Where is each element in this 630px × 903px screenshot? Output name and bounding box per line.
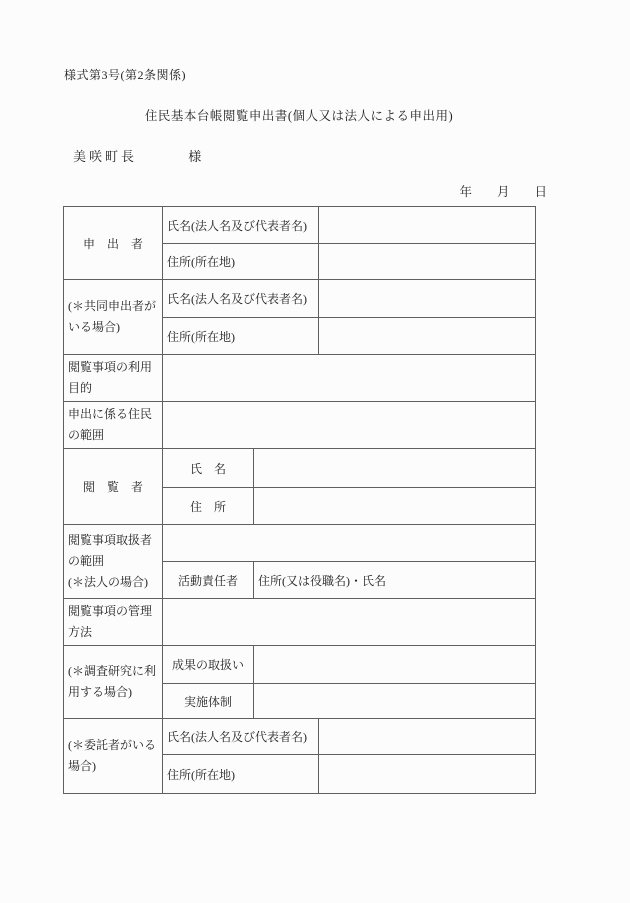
row-management-method: 閲覧事項の管理 方法 bbox=[64, 599, 536, 646]
field-label-activity-manager: 活動責任者 bbox=[163, 562, 254, 599]
input-cell-implementation-structure bbox=[254, 684, 536, 719]
section-label-co-applicant: (＊共同申出者が いる場合) bbox=[64, 280, 163, 355]
input-cell-applicant-name bbox=[319, 207, 536, 244]
field-label-applicant-name: 氏名(法人名及び代表者名) bbox=[163, 207, 319, 244]
input-cell-entrustor-address bbox=[319, 755, 536, 794]
section-label-research-use: (＊調査研究に利 用する場合) bbox=[64, 646, 163, 719]
input-cell-resident-scope bbox=[163, 402, 536, 449]
field-label-entrustor-address: 住所(所在地) bbox=[163, 755, 319, 794]
field-label-co-applicant-name: 氏名(法人名及び代表者名) bbox=[163, 280, 319, 318]
row-handler-scope: 閲覧事項取扱者 の範囲 (＊法人の場合) bbox=[64, 525, 536, 562]
input-cell-purpose bbox=[163, 355, 536, 402]
form-number: 様式第3号(第2条関係) bbox=[64, 66, 186, 83]
section-label-viewer: 閲 覧 者 bbox=[64, 449, 163, 525]
field-label-results-handling: 成果の取扱い bbox=[163, 646, 254, 684]
date-line: 年 月 日 bbox=[63, 182, 547, 200]
document-page: 様式第3号(第2条関係) 住民基本台帳閲覧申出書(個人又は法人による申出用) 美… bbox=[0, 0, 630, 903]
field-label-implementation-structure: 実施体制 bbox=[163, 684, 254, 719]
row-results-handling: (＊調査研究に利 用する場合) 成果の取扱い bbox=[64, 646, 536, 684]
section-label-purpose: 閲覧事項の利用 目的 bbox=[64, 355, 163, 402]
field-label-viewer-address: 住 所 bbox=[163, 488, 254, 525]
addressee-honorific: 様 bbox=[188, 149, 201, 164]
input-cell-handler-scope bbox=[163, 525, 536, 562]
hint-activity-manager-value: 住所(又は役職名)・氏名 bbox=[254, 562, 536, 599]
input-cell-co-applicant-address bbox=[319, 318, 536, 355]
field-label-entrustor-name: 氏名(法人名及び代表者名) bbox=[163, 719, 319, 755]
input-cell-viewer-name bbox=[254, 449, 536, 488]
section-label-management-method: 閲覧事項の管理 方法 bbox=[64, 599, 163, 646]
section-label-handler-scope: 閲覧事項取扱者 の範囲 (＊法人の場合) bbox=[64, 525, 163, 599]
row-viewer-name: 閲 覧 者 氏 名 bbox=[64, 449, 536, 488]
application-form-table: 申 出 者 氏名(法人名及び代表者名) 住所(所在地) (＊共同申出者が いる場… bbox=[63, 206, 536, 794]
input-cell-co-applicant-name bbox=[319, 280, 536, 318]
row-resident-scope: 申出に係る住民 の範囲 bbox=[64, 402, 536, 449]
section-label-resident-scope: 申出に係る住民 の範囲 bbox=[64, 402, 163, 449]
addressee-line: 美咲町長 様 bbox=[73, 146, 201, 165]
section-label-entrustor: (＊委託者がいる 場合) bbox=[64, 719, 163, 794]
addressee-name: 美咲町長 bbox=[73, 149, 137, 164]
row-purpose: 閲覧事項の利用 目的 bbox=[64, 355, 536, 402]
field-label-viewer-name: 氏 名 bbox=[163, 449, 254, 488]
document-title: 住民基本台帳閲覧申出書(個人又は法人による申出用) bbox=[63, 106, 535, 124]
section-label-applicant: 申 出 者 bbox=[64, 207, 163, 280]
input-cell-entrustor-name bbox=[319, 719, 536, 755]
input-cell-viewer-address bbox=[254, 488, 536, 525]
input-cell-results-handling bbox=[254, 646, 536, 684]
field-label-applicant-address: 住所(所在地) bbox=[163, 244, 319, 280]
row-applicant-name: 申 出 者 氏名(法人名及び代表者名) bbox=[64, 207, 536, 244]
row-entrustor-name: (＊委託者がいる 場合) 氏名(法人名及び代表者名) bbox=[64, 719, 536, 755]
row-co-applicant-name: (＊共同申出者が いる場合) 氏名(法人名及び代表者名) bbox=[64, 280, 536, 318]
input-cell-management-method bbox=[163, 599, 536, 646]
field-label-co-applicant-address: 住所(所在地) bbox=[163, 318, 319, 355]
input-cell-applicant-address bbox=[319, 244, 536, 280]
